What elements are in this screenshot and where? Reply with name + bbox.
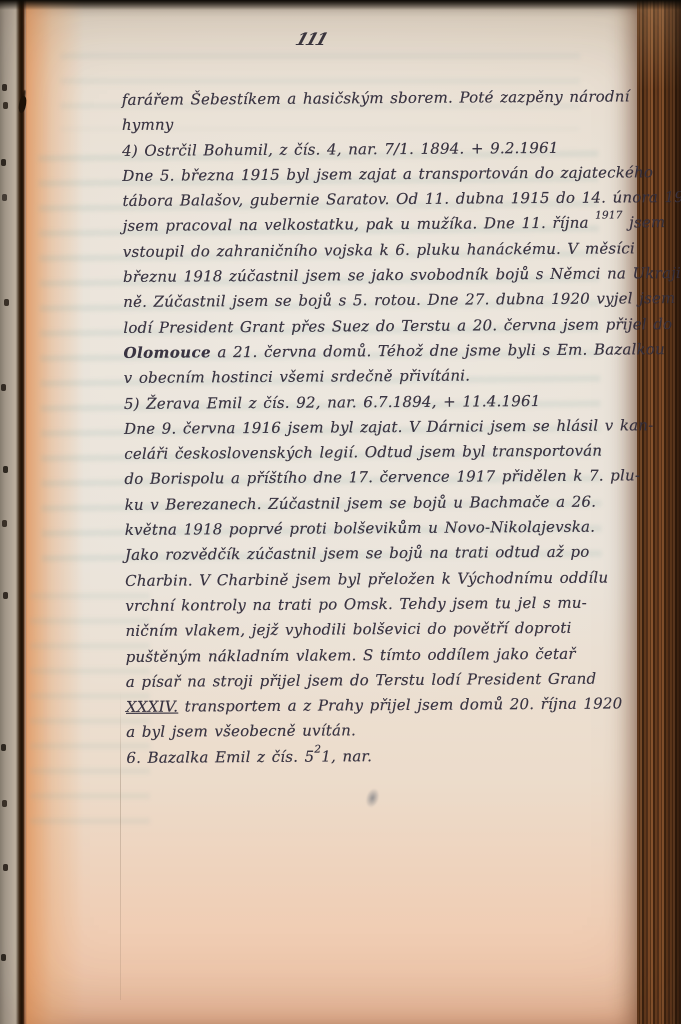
text-segment: května 1918 poprvé proti bolševikům u No… [125,518,595,539]
text-segment: farářem Šebestíkem a hasičským sborem. P… [122,87,630,109]
text-line: hymny [122,109,644,138]
page-number: 111 [293,30,329,50]
text-line: farářem Šebestíkem a hasičským sborem. P… [122,84,644,113]
text-segment: celáři československých legií. Odtud jse… [124,442,602,463]
manuscript-lines: farářem Šebestíkem a hasičským sborem. P… [122,84,649,771]
text-segment: v obecním hostinci všemi srdečně přivítá… [124,367,471,387]
text-segment: XXXIV. [126,698,178,716]
paper-crease [120,690,121,1000]
text-segment: jsem [623,214,666,232]
text-line: celáři československých legií. Odtud jse… [124,438,646,467]
text-line: lodí President Grant přes Suez do Terstu… [123,312,645,341]
text-line: a byl jsem všeobecně uvítán. [126,717,648,746]
text-segment: a byl jsem všeobecně uvítán. [126,722,356,742]
text-segment: tábora Balašov, gubernie Saratov. Od 11.… [122,188,681,210]
text-line: Jako rozvědčík zúčastnil jsem se bojů na… [125,540,647,569]
edge-ink-marks [2,84,7,91]
text-segment: Dne 9. června 1916 jsem byl zajat. V Dár… [124,416,654,438]
text-line: puštěným nákladním vlakem. S tímto oddíl… [126,641,648,670]
text-segment: 1, nar. [321,747,372,765]
text-line: tábora Balašov, gubernie Saratov. Od 11.… [122,185,644,214]
text-line: ně. Zúčastnil jsem se bojů s 5. rotou. D… [123,287,645,316]
text-line: a písař na stroji přijel jsem do Terstu … [126,666,648,695]
text-segment: 1917 [595,210,623,222]
text-line: do Borispolu a příštího dne 17. července… [124,464,646,493]
text-segment: březnu 1918 zúčastnil jsem se jako svobo… [123,264,681,286]
text-line: Dne 5. března 1915 byl jsem zajat a tran… [122,160,644,189]
text-line: XXXIV. transportem a z Prahy přijel jsem… [126,691,648,720]
book-photo: 111 farářem Šebestíkem a hasičským sbore… [0,0,681,1024]
text-line: 5) Žerava Emil z čís. 92, nar. 6.7.1894,… [124,388,646,417]
text-segment: ničním vlakem, jejž vyhodili bolševici d… [125,619,571,640]
text-segment: a písař na stroji přijel jsem do Terstu … [126,669,597,690]
text-line: Charbin. V Charbině jsem byl přeložen k … [125,565,647,594]
text-segment: lodí President Grant přes Suez do Terstu… [123,315,672,337]
text-segment: hymny [122,116,174,134]
text-segment: jsem pracoval na velkostatku, pak u muží… [123,214,596,235]
text-line: ku v Berezanech. Zúčastnil jsem se bojů … [124,489,646,518]
text-segment: 4) Ostrčil Bohumil, z čís. 4, nar. 7/1. … [122,138,559,159]
text-line: Olomouce a 21. června domů. Téhož dne js… [123,337,645,366]
text-line: Dne 9. června 1916 jsem byl zajat. V Dár… [124,413,646,442]
text-segment: Jako rozvědčík zúčastnil jsem se bojů na… [125,543,590,564]
text-line: 4) Ostrčil Bohumil, z čís. 4, nar. 7/1. … [122,135,644,164]
gutter-glow [26,0,84,1024]
text-segment: vrchní kontroly na trati po Omsk. Tehdy … [125,594,587,615]
text-line: května 1918 poprvé proti bolševikům u No… [125,514,647,543]
text-segment: do Borispolu a příštího dne 17. července… [124,467,640,489]
text-line: březnu 1918 zúčastnil jsem se jako svobo… [123,261,645,290]
text-segment: vstoupil do zahraničního vojska k 6. plu… [123,239,635,261]
text-segment: 5) Žerava Emil z čís. 92, nar. 6.7.1894,… [124,391,541,412]
text-segment: Olomouce [123,343,211,362]
text-line: vstoupil do zahraničního vojska k 6. plu… [123,236,645,265]
text-line: vrchní kontroly na trati po Omsk. Tehdy … [125,590,647,619]
text-line: v obecním hostinci všemi srdečně přivítá… [124,362,646,391]
text-segment: 2 [314,743,321,755]
text-segment: Charbin. V Charbině jsem byl přeložen k … [125,568,608,589]
text-segment: puštěným nákladním vlakem. S tímto oddíl… [126,644,576,665]
text-line: 6. Bazalka Emil z čís. 521, nar. [126,742,648,771]
text-segment: transportem a z Prahy přijel jsem domů 2… [178,694,622,715]
gutter-shadow [16,0,27,1024]
text-line: jsem pracoval na velkostatku, pak u muží… [123,211,645,240]
text-line: ničním vlakem, jejž vyhodili bolševici d… [125,615,647,644]
text-segment: ku v Berezanech. Zúčastnil jsem se bojů … [124,492,596,513]
text-segment: 6. Bazalka Emil z čís. 5 [126,747,314,766]
text-segment: a 21. června domů. Téhož dne jsme byli s… [211,340,665,361]
text-segment: ně. Zúčastnil jsem se bojů s 5. rotou. D… [123,289,675,311]
text-segment: Dne 5. března 1915 byl jsem zajat a tran… [122,163,653,185]
